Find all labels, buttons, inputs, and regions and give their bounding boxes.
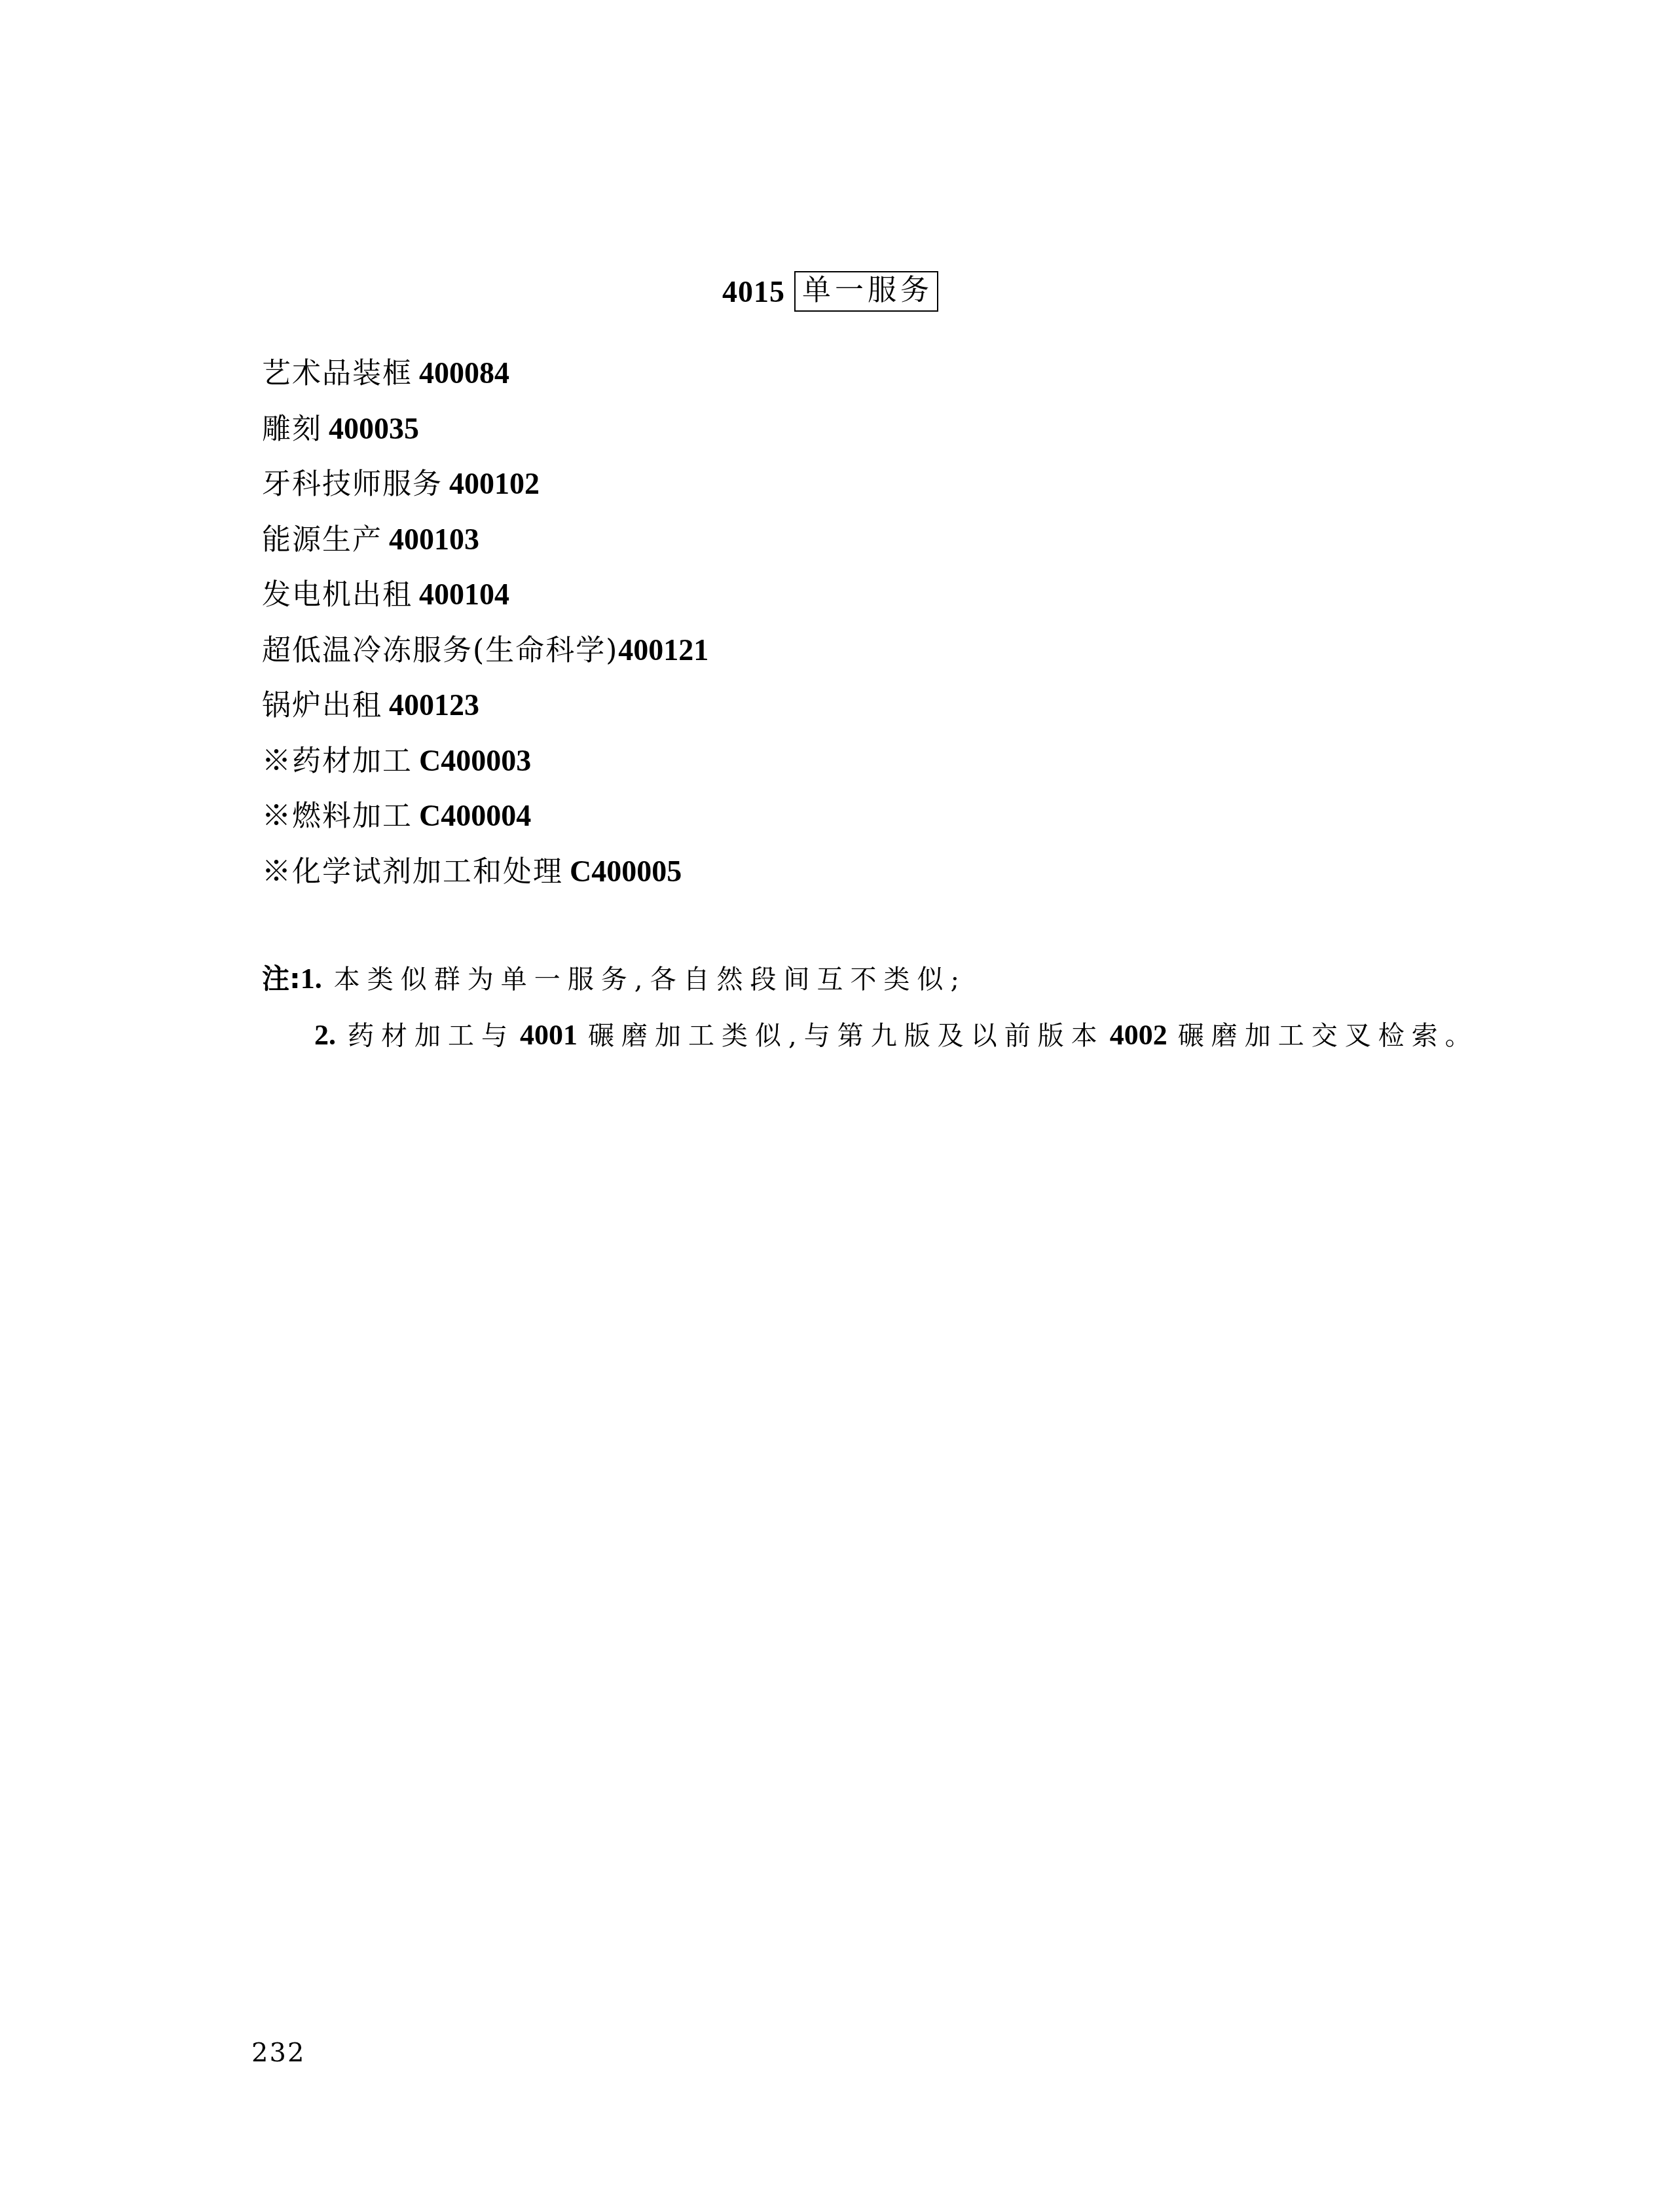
service-item-name: 艺术品装框 xyxy=(262,357,413,390)
notes-section: 注: 1. 本类似群为单一服务,各自然段间互不类似; 2. 药材加工与 4001… xyxy=(262,959,1478,1072)
service-item-code: 400102 xyxy=(449,467,540,500)
service-item: ※化学试剂加工和处理C400005 xyxy=(262,852,708,908)
note-2: 2. 药材加工与 4001 碾磨加工类似,与第九版及以前版本 4002 碾磨加工… xyxy=(262,1016,1478,1072)
page-number: 232 xyxy=(251,2038,305,2068)
note-text: 碾磨加工交叉检索。 xyxy=(1178,1016,1478,1056)
note-text: 本类似群为单一服务,各自然段间互不类似; xyxy=(334,960,966,999)
service-item-name: 锅炉出租 xyxy=(262,689,382,722)
note-text: 药材加工与 xyxy=(348,1016,515,1056)
service-item: 雕刻400035 xyxy=(262,409,708,465)
service-item-code: 400104 xyxy=(419,578,509,611)
service-item-name: 超低温冷冻服务(生命科学) xyxy=(262,634,618,667)
service-item: 能源生产400103 xyxy=(262,520,708,576)
service-item-code: 400084 xyxy=(419,356,509,390)
service-item-name: 雕刻 xyxy=(262,413,322,446)
service-item-name: ※化学试剂加工和处理 xyxy=(262,855,563,889)
service-item-code: 400103 xyxy=(389,523,479,556)
note-index: 2. xyxy=(314,1016,336,1055)
service-item-name: 发电机出租 xyxy=(262,578,413,612)
service-item-name: ※燃料加工 xyxy=(262,800,413,833)
service-item: 超低温冷冻服务(生命科学)400121 xyxy=(262,631,708,686)
service-item: ※药材加工C400003 xyxy=(262,741,708,797)
service-item: ※燃料加工C400004 xyxy=(262,796,708,852)
class-reference: 4001 xyxy=(520,1016,578,1055)
service-item-name: ※药材加工 xyxy=(262,745,413,778)
service-item-code: C400005 xyxy=(570,855,682,888)
service-item-code: 400123 xyxy=(389,688,479,722)
class-group-title: 单一服务 xyxy=(794,271,938,312)
service-item-code: C400003 xyxy=(419,744,531,777)
service-item-name: 牙科技师服务 xyxy=(262,468,443,501)
document-page: 4015 单一服务 艺术品装框400084 雕刻400035 牙科技师服务400… xyxy=(0,0,1671,2212)
service-item-list: 艺术品装框400084 雕刻400035 牙科技师服务400102 能源生产40… xyxy=(262,354,708,907)
notes-label: 注: xyxy=(262,959,301,999)
service-item: 牙科技师服务400102 xyxy=(262,464,708,520)
note-1: 注: 1. 本类似群为单一服务,各自然段间互不类似; xyxy=(262,959,1478,1016)
service-item-code: 400035 xyxy=(329,412,419,445)
class-group-heading: 4015 单一服务 xyxy=(722,268,938,314)
class-reference: 4002 xyxy=(1110,1016,1167,1055)
note-text: 碾磨加工类似,与第九版及以前版本 xyxy=(588,1016,1105,1056)
service-item: 艺术品装框400084 xyxy=(262,354,708,409)
service-item: 发电机出租400104 xyxy=(262,575,708,631)
class-group-code: 4015 xyxy=(722,274,785,309)
service-item-name: 能源生产 xyxy=(262,523,382,557)
service-item: 锅炉出租400123 xyxy=(262,686,708,741)
service-item-code: 400121 xyxy=(618,633,708,667)
service-item-code: C400004 xyxy=(419,799,531,832)
note-index: 1. xyxy=(301,959,322,999)
